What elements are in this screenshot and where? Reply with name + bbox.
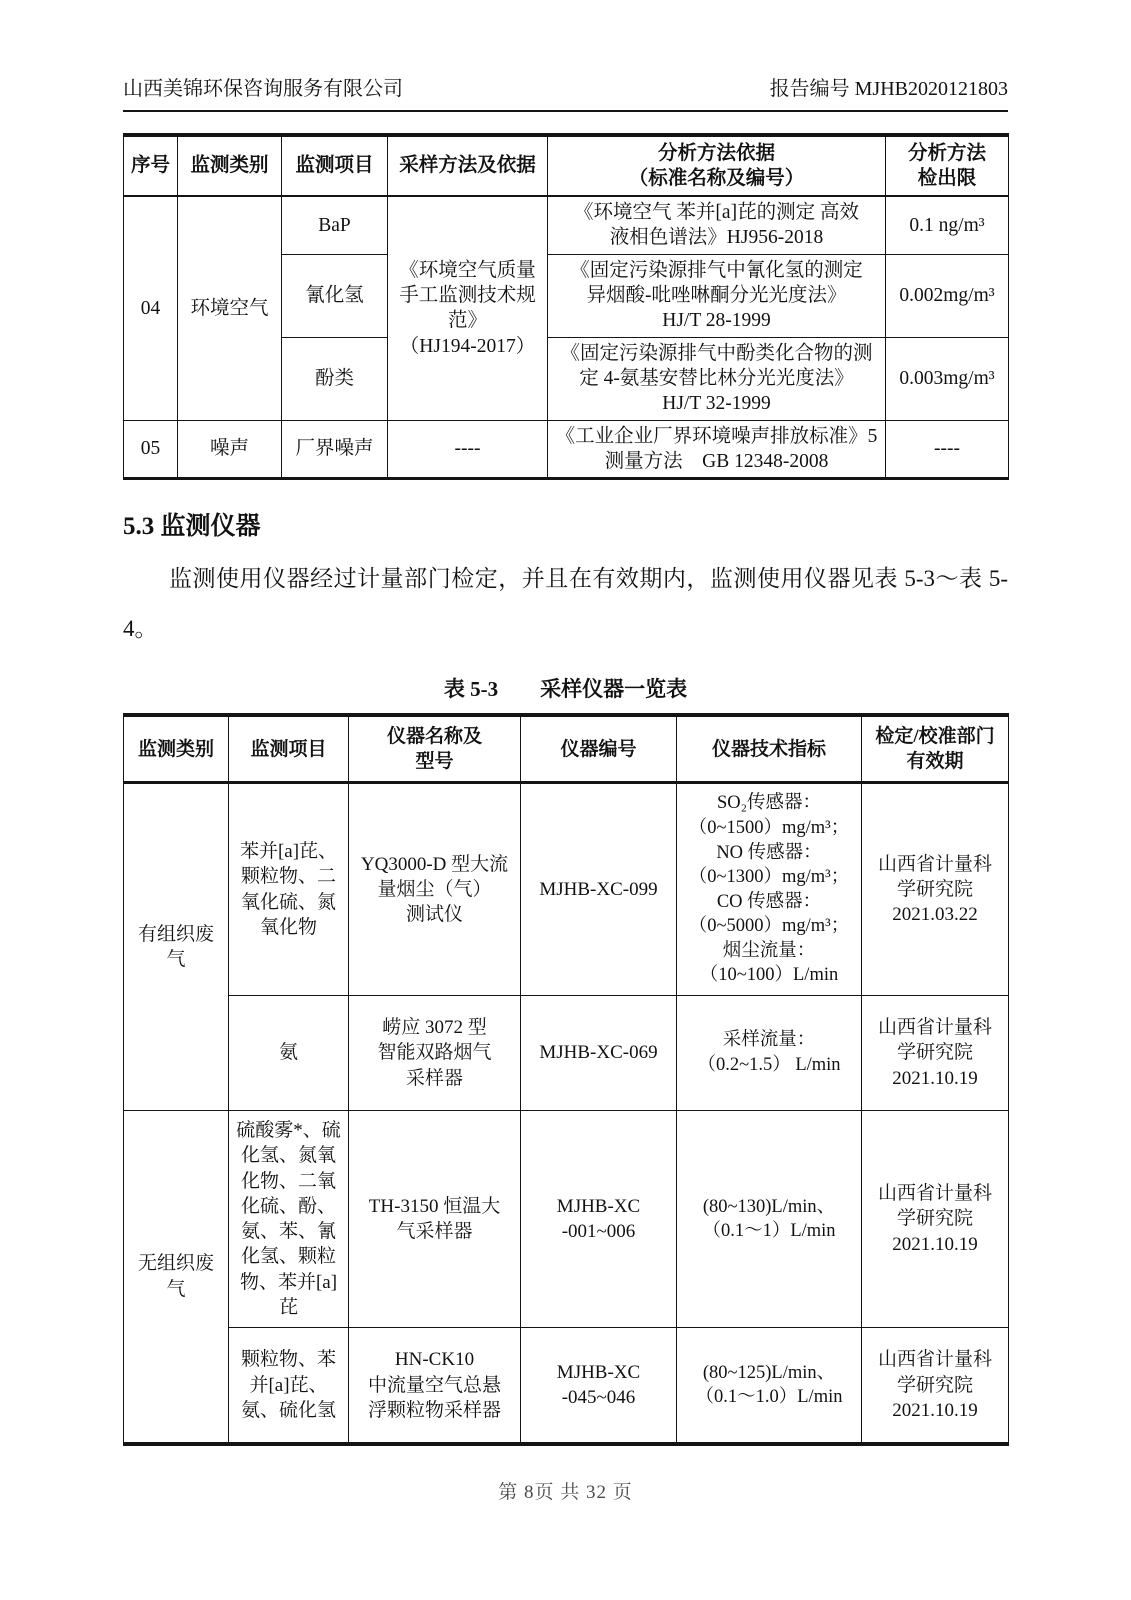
company-name: 山西美锦环保咨询服务有限公司 [123, 72, 403, 101]
document-header: 山西美锦环保咨询服务有限公司 报告编号 MJHB2020121803 [123, 72, 1008, 112]
sampling-instruments-table: 监测类别 监测项目 仪器名称及 型号 仪器编号 仪器技术指标 检定/校准部门 有… [123, 713, 1009, 1446]
col-header-category: 监测类别 [178, 135, 282, 196]
document-page: 山西美锦环保咨询服务有限公司 报告编号 MJHB2020121803 序号 监测… [0, 0, 1131, 1446]
cell-instrument-id: MJHB-XC-069 [521, 996, 677, 1111]
table-header-row: 监测类别 监测项目 仪器名称及 型号 仪器编号 仪器技术指标 检定/校准部门 有… [124, 715, 1009, 783]
cell-items: 颗粒物、苯 并[a]芘、 氨、硫化氢 [229, 1328, 349, 1445]
col-header-instrument-id: 仪器编号 [521, 715, 677, 783]
cell-cert-dept: 山西省计量科 学研究院 2021.10.19 [862, 1111, 1009, 1328]
cell-detection-limit: 0.003mg/m³ [886, 337, 1009, 420]
col-header-item: 监测项目 [282, 135, 388, 196]
cell-category: 噪声 [178, 420, 282, 479]
cell-cert-dept: 山西省计量科 学研究院 2021.03.22 [862, 783, 1009, 996]
cell-category: 无组织废 气 [124, 1111, 229, 1445]
cell-category: 环境空气 [178, 196, 282, 420]
cell-cert-dept: 山西省计量科 学研究院 2021.10.19 [862, 1328, 1009, 1445]
col-header-detection-limit: 分析方法 检出限 [886, 135, 1009, 196]
cell-items: 硫酸雾*、硫 化氢、氮氧 化物、二氧 化硫、酚、 氨、苯、氰 化氢、颗粒 物、苯… [229, 1111, 349, 1328]
cell-analysis-method: 《工业企业厂界环境噪声排放标准》5 测量方法 GB 12348-2008 [548, 420, 886, 479]
cell-detection-limit: 0.002mg/m³ [886, 254, 1009, 337]
cell-tech-spec: (80~125)L/min、 （0.1～1.0）L/min [677, 1328, 862, 1445]
cell-analysis-method: 《固定污染源排气中酚类化合物的测 定 4-氨基安替比林分光光度法》 HJ/T 3… [548, 337, 886, 420]
col-header-items: 监测项目 [229, 715, 349, 783]
col-header-sampling-method: 采样方法及依据 [388, 135, 548, 196]
table-row: 无组织废 气 硫酸雾*、硫 化氢、氮氧 化物、二氧 化硫、酚、 氨、苯、氰 化氢… [124, 1111, 1009, 1328]
cell-detection-limit: 0.1 ng/m³ [886, 196, 1009, 254]
cell-item: 酚类 [282, 337, 388, 420]
cell-instrument-id: MJHB-XC-099 [521, 783, 677, 996]
section-heading: 5.3 监测仪器 [123, 506, 1008, 542]
table-row: 氨 崂应 3072 型 智能双路烟气 采样器 MJHB-XC-069 采样流量：… [124, 996, 1009, 1111]
monitoring-methods-table: 序号 监测类别 监测项目 采样方法及依据 分析方法依据 （标准名称及编号） 分析… [123, 133, 1009, 480]
col-header-category: 监测类别 [124, 715, 229, 783]
cell-tech-spec: (80~130)L/min、 （0.1～1）L/min [677, 1111, 862, 1328]
report-number: 报告编号 MJHB2020121803 [770, 72, 1008, 101]
cell-instrument-name: TH-3150 恒温大 气采样器 [349, 1111, 521, 1328]
col-header-tech-spec: 仪器技术指标 [677, 715, 862, 783]
cell-tech-spec: SO₂传感器： （0~1500）mg/m³； NO 传感器： （0~1300）m… [677, 783, 862, 996]
cell-instrument-name: YQ3000-D 型大流 量烟尘（气） 测试仪 [349, 783, 521, 996]
cell-instrument-name: 崂应 3072 型 智能双路烟气 采样器 [349, 996, 521, 1111]
cell-seq-no: 05 [124, 420, 178, 479]
cell-analysis-method: 《固定污染源排气中氰化氢的测定 异烟酸-吡唑啉酮分光光度法》 HJ/T 28-1… [548, 254, 886, 337]
cell-instrument-name: HN-CK10 中流量空气总悬 浮颗粒物采样器 [349, 1328, 521, 1445]
cell-seq-no: 04 [124, 196, 178, 420]
col-header-instrument-name: 仪器名称及 型号 [349, 715, 521, 783]
cell-instrument-id: MJHB-XC -001~006 [521, 1111, 677, 1328]
cell-cert-dept: 山西省计量科 学研究院 2021.10.19 [862, 996, 1009, 1111]
table-row: 05 噪声 厂界噪声 ---- 《工业企业厂界环境噪声排放标准》5 测量方法 G… [124, 420, 1009, 479]
cell-items: 苯并[a]芘、 颗粒物、二 氧化硫、氮 氧化物 [229, 783, 349, 996]
col-header-analysis-basis: 分析方法依据 （标准名称及编号） [548, 135, 886, 196]
table-header-row: 序号 监测类别 监测项目 采样方法及依据 分析方法依据 （标准名称及编号） 分析… [124, 135, 1009, 196]
body-paragraph: 监测使用仪器经过计量部门检定，并且在有效期内，监测使用仪器见表 5-3～表 5-… [123, 554, 1008, 653]
col-header-cert-dept: 检定/校准部门 有效期 [862, 715, 1009, 783]
cell-item: 氰化氢 [282, 254, 388, 337]
table-row: 颗粒物、苯 并[a]芘、 氨、硫化氢 HN-CK10 中流量空气总悬 浮颗粒物采… [124, 1328, 1009, 1445]
cell-item: 厂界噪声 [282, 420, 388, 479]
cell-analysis-method: 《环境空气 苯并[a]芘的测定 高效 液相色谱法》HJ956-2018 [548, 196, 886, 254]
table-row: 有组织废 气 苯并[a]芘、 颗粒物、二 氧化硫、氮 氧化物 YQ3000-D … [124, 783, 1009, 996]
table-row: 04 环境空气 BaP 《环境空气质量 手工监测技术规 范》 （HJ194-20… [124, 196, 1009, 254]
cell-items: 氨 [229, 996, 349, 1111]
cell-sampling-method: 《环境空气质量 手工监测技术规 范》 （HJ194-2017） [388, 196, 548, 420]
cell-tech-spec: 采样流量： （0.2~1.5） L/min [677, 996, 862, 1111]
cell-item: BaP [282, 196, 388, 254]
cell-instrument-id: MJHB-XC -045~046 [521, 1328, 677, 1445]
cell-detection-limit: ---- [886, 420, 1009, 479]
table-title: 表 5-3 采样仪器一览表 [123, 673, 1008, 703]
page-number: 第 8页 共 32 页 [0, 1477, 1131, 1504]
col-header-seq: 序号 [124, 135, 178, 196]
cell-sampling-method: ---- [388, 420, 548, 479]
cell-category: 有组织废 气 [124, 783, 229, 1111]
